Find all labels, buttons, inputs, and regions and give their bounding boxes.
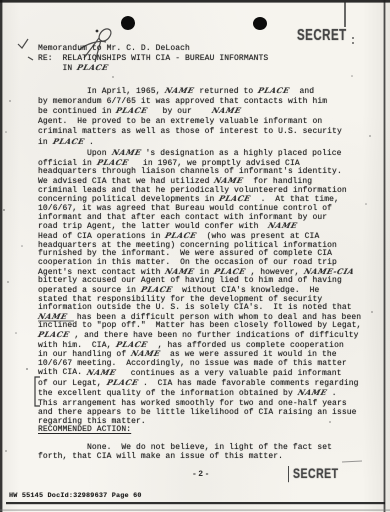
scan-edge-left (0, 0, 2, 512)
text-line: of our Legat, PLACE . CIA has made favor… (38, 378, 385, 388)
document-body: Memorandum to Mr. C. D. DeLoachRE: RELAT… (38, 0, 385, 512)
paragraph-p1: In April, 1965, NAME returned to PLACE a… (38, 86, 385, 147)
handwritten-redaction: PLACE (76, 63, 110, 73)
text-line: in PLACE . (38, 137, 385, 148)
text-line: criminal leads and that he periodically … (38, 187, 385, 196)
handwritten-redaction: NAME (37, 313, 68, 322)
handwritten-redaction: NAME (267, 222, 298, 231)
handwritten-redaction: NAME (164, 268, 195, 277)
paragraph-p2: Upon NAME 's designation as a highly pla… (38, 149, 385, 377)
paragraph-p4: None. We do not believe, in light of the… (38, 443, 385, 461)
handwritten-redaction: PLACE (96, 159, 130, 168)
handwritten-redaction: PLACE (140, 286, 174, 295)
text-line: Upon NAME 's designation as a highly pla… (38, 149, 385, 159)
handwritten-redaction: NAME-CIA (303, 268, 355, 277)
text-line: road trip Agent, the latter would confer… (38, 222, 385, 232)
text-line: informant and that after each contact wi… (38, 214, 385, 223)
handwritten-redaction: PLACE (218, 195, 252, 204)
text-line: PLACE , and there have been no further i… (38, 331, 385, 341)
paragraph-p3: NAME continues as a very valuable paid i… (38, 368, 385, 426)
handwritten-redaction: PLACE (164, 232, 198, 241)
text-line: information outside the U. S. is solely … (38, 304, 385, 313)
text-line: IN PLACE (38, 63, 385, 74)
handwritten-redaction: PLACE (257, 86, 291, 96)
text-line: by memorandum 6/7/65 it was approved tha… (38, 97, 385, 107)
handwritten-redaction: NAME (110, 149, 141, 158)
text-line: This arrangement has worked smoothly for… (38, 399, 385, 408)
handwritten-redaction: PLACE (105, 378, 139, 387)
paragraph-rec: RECOMMENDED ACTION: (38, 425, 385, 434)
text-line: NAME continues as a very valuable paid i… (38, 368, 385, 378)
text-line: inclined to "pop off." Matter has been c… (38, 322, 385, 331)
text-line: be continued in PLACE by our NAME (38, 106, 385, 117)
text-line: Agent. He proved to be an extremely valu… (38, 117, 385, 127)
handwritten-redaction: PLACE (213, 268, 247, 277)
handwritten-redaction: NAME (130, 350, 161, 359)
handwritten-redaction: NAME (164, 86, 196, 96)
text-line: criminal matters as well as those of int… (38, 127, 385, 137)
text-line: the excellent quality of the information… (38, 388, 385, 398)
handwritten-redaction: NAME (213, 177, 244, 186)
handwritten-redaction: PLACE (51, 137, 85, 147)
handwritten-redaction: NAME (86, 368, 117, 377)
document-page: SECRET SECRET Memorandum to Mr. C. D. De… (0, 0, 390, 512)
text-line: with him. CIA, PLACE , has afforded us c… (38, 341, 385, 351)
text-line: RE: RELATIONSHIPS WITH CIA - BUREAU INFO… (38, 54, 385, 64)
handwritten-redaction: NAME (210, 106, 242, 116)
text-line: In April, 1965, NAME returned to PLACE a… (38, 86, 385, 97)
text-line: RECOMMENDED ACTION: (38, 425, 385, 434)
handwritten-redaction: NAME (297, 388, 328, 397)
text-line: None. We do not believe, in light of the… (38, 443, 385, 452)
paragraph-header: Memorandum to Mr. C. D. DeLoachRE: RELAT… (38, 44, 385, 74)
page-number: -2- (192, 470, 211, 479)
text-line: headquarters through liaison channels of… (38, 168, 385, 177)
text-line: Memorandum to Mr. C. D. DeLoach (38, 44, 385, 54)
text-line: forth, that CIA will make an issue of th… (38, 452, 385, 461)
text-line: bitterly accused our Agent of having lie… (38, 277, 385, 286)
text-line: and there appears to be little likelihoo… (38, 408, 385, 417)
handwritten-redaction: PLACE (37, 331, 71, 340)
footer-document-id: HW 55145 DocId:32989637 Page 60 (9, 492, 142, 500)
handwritten-redaction: PLACE (115, 106, 149, 116)
